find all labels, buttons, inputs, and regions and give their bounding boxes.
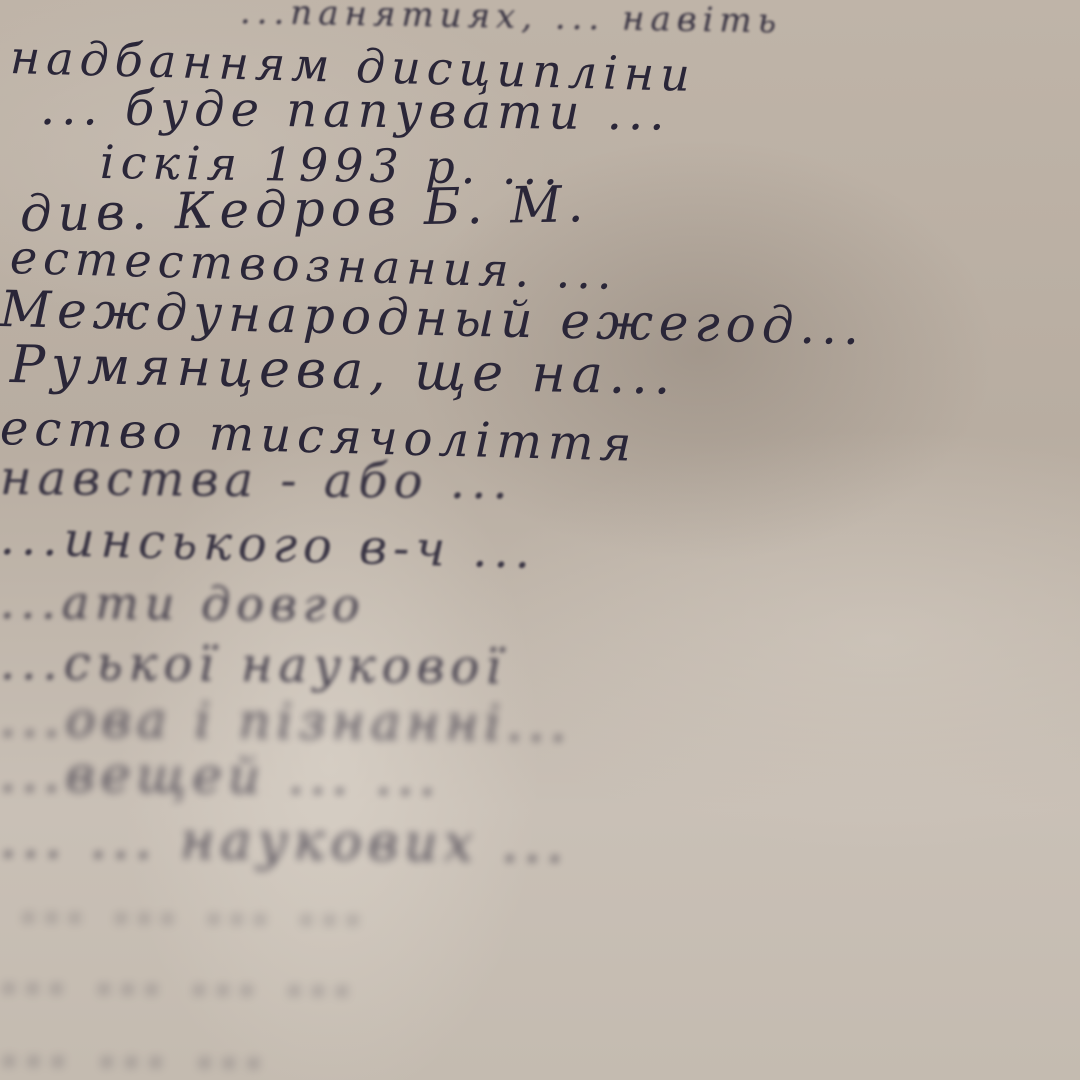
manuscript-line: ...панятиях, ... навіть <box>240 0 783 41</box>
manuscript-line: ... ... ... ... <box>20 870 368 936</box>
manuscript-line: ...ати довго <box>0 575 366 632</box>
manuscript-line: ... ... наукових ... <box>0 810 569 875</box>
manuscript-line: ... ... ... ... <box>0 940 357 1008</box>
manuscript-line: ... ... ... <box>0 1010 269 1080</box>
manuscript-line: ...инського в-ч ... <box>0 510 537 580</box>
manuscript-line: навства - або ... <box>0 450 514 510</box>
manuscript-line: ...вещей ... ... <box>0 745 442 807</box>
manuscript-line: Румянцева, ще на... <box>9 335 676 407</box>
manuscript-line: ...ської наукової <box>0 635 507 695</box>
manuscript-line: ... буде папувати ... <box>40 80 671 142</box>
manuscript-line: ...ова і пізнанні... <box>0 690 572 753</box>
manuscript-photo: ...панятиях, ... навіть надбанням дисцип… <box>0 0 1080 1080</box>
